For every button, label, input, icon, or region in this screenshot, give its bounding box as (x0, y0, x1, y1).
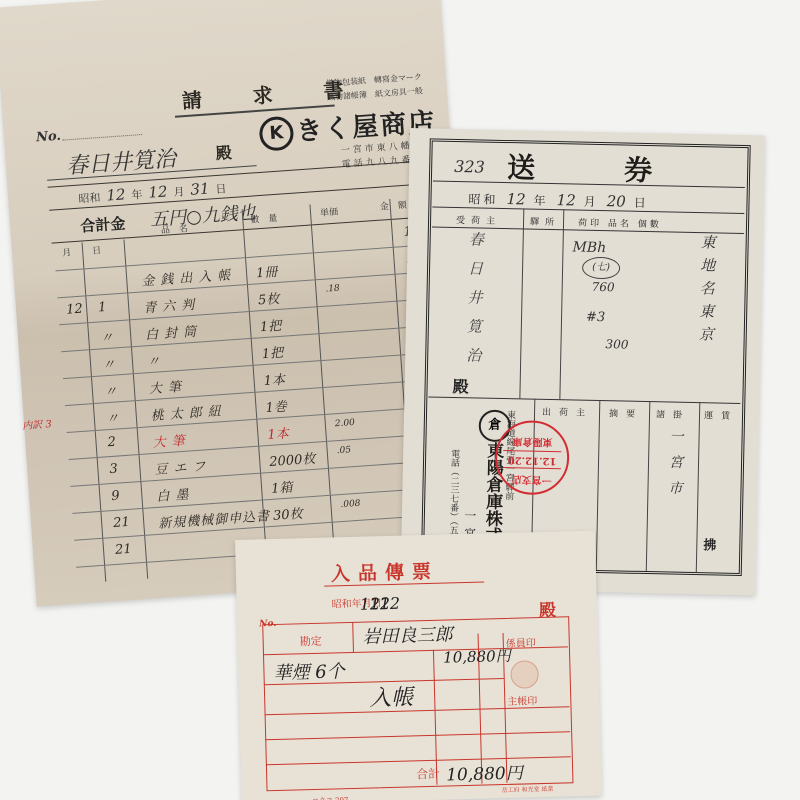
receiving-title: 入品傳票 (331, 557, 440, 587)
receiving-date: 昭和12年12月12日 (331, 594, 381, 610)
fee-paid-label: 拂 (703, 534, 716, 553)
form-code: コクヨ 207 (312, 795, 349, 800)
header-shipper: 出荷主 (542, 405, 593, 419)
header-receiver: 受荷主 (456, 213, 501, 227)
cargo-mark: MBh (572, 239, 606, 256)
total-label: 合計金 (80, 212, 126, 236)
account-value: 岩田良三郎 (362, 620, 453, 648)
slip-title-right: 券 (624, 148, 653, 189)
printer-credit: 岳工府 和光堂 紙業 (502, 784, 554, 794)
destination-lower: 一宮市 (664, 428, 686, 506)
header-freight: 運賃 (704, 408, 738, 422)
destination: 東地名東京 (695, 234, 718, 349)
slip-title-left: 送 (507, 146, 536, 187)
shop-logo-icon: K (258, 116, 294, 152)
chief-seal-label: 主帳印 (507, 692, 537, 708)
header-station: 驛所 (530, 215, 560, 229)
invoice-number-field (62, 134, 142, 141)
shipping-slip-document: 323 送 券 昭和12年12月20日 受荷主 驛所 荷印 品名 個數 春日井筧… (400, 128, 765, 595)
total-value: 10,880円 (446, 759, 523, 786)
account-label: 勘定 (299, 633, 321, 650)
circled-mark: (七) (582, 257, 620, 280)
col-header-qty: 數 量 (250, 211, 278, 226)
shop-description: 織物包装紙 轉寫金マーク 織物諸帳簿 紙文房具一般 (326, 70, 424, 105)
header-charges: 諸掛 (656, 407, 690, 421)
invoice-number-label: No. (36, 129, 62, 146)
qty-line: #3 (586, 310, 605, 325)
item-amount: 10,880円 (443, 645, 511, 668)
slip-serial: 323 (454, 157, 485, 177)
col-header-unit: 単価 (320, 205, 339, 219)
red-date-stamp: 一宮支店 12.12.20 東陽倉庫 (494, 420, 570, 496)
item-entry: 華煙 6个 (273, 657, 345, 685)
header-summary: 摘要 (609, 406, 643, 420)
receiver-honorific: 殿 (452, 374, 468, 397)
col-header-amount: 金 額 (379, 198, 407, 213)
qty-line: 760 (592, 280, 615, 294)
receiving-slip-document: 入品傳票 昭和12年12月12日 No. 殿 勘定 岩田良三郎 係員印 主帳印 … (235, 531, 602, 800)
total-label: 合計 (416, 765, 440, 783)
qty-line: 300 (605, 337, 628, 351)
header-items: 荷印 品名 個數 (578, 216, 662, 231)
receiver-name: 春日井筧治 (463, 231, 487, 376)
invoice-honorific: 殿 (215, 140, 233, 164)
entry-note: 入帳 (369, 680, 414, 712)
margin-note: 内訳 3 (22, 415, 53, 432)
